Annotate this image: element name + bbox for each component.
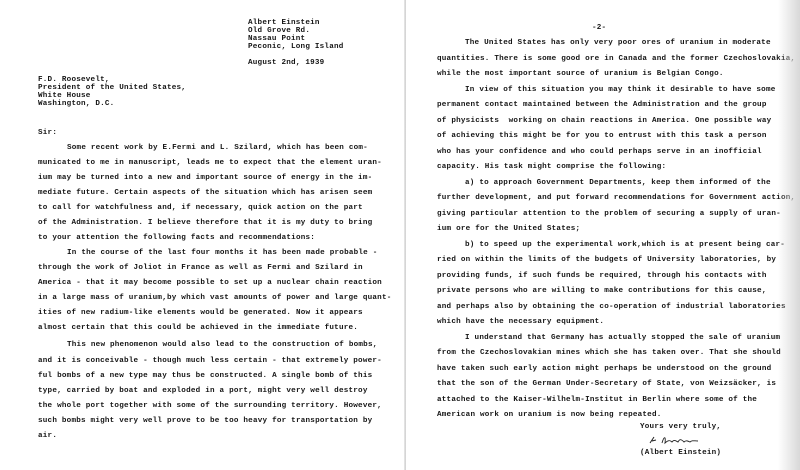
body-line: This new phenomenon would also lead to t… xyxy=(67,341,378,350)
body-line: to call for watchfulness and, if necessa… xyxy=(38,204,363,213)
body-line: to your attention the following facts an… xyxy=(38,234,315,243)
letter-page-1: Albert Einstein Old Grove Rd. Nassau Poi… xyxy=(0,0,404,470)
body-line: Some recent work by E.Fermi and L. Szila… xyxy=(67,144,368,153)
body-line: ful bombs of a new type may thus be cons… xyxy=(38,372,372,381)
salutation: Sir: xyxy=(38,129,57,138)
signature-name: (Albert Einstein) xyxy=(640,449,721,458)
page-number: -2- xyxy=(592,24,606,33)
body-line: and perhaps also by obtaining the co-ope… xyxy=(437,303,786,312)
body-line: ried on within the limits of the budgets… xyxy=(437,256,776,265)
body-line: mediate future. Certain aspects of the s… xyxy=(38,189,372,198)
sender-line: Peconic, Long Island xyxy=(248,44,344,52)
letter-page-2: -2- The United States has only very poor… xyxy=(406,0,800,470)
body-line: giving particular attention to the probl… xyxy=(437,210,781,219)
body-line: b) to speed up the experimental work,whi… xyxy=(465,241,785,250)
recipient-line: Washington, D.C. xyxy=(38,101,114,109)
body-line: private persons who are willing to make … xyxy=(437,287,767,296)
body-line: have taken such early action might perha… xyxy=(437,365,771,374)
body-line: I understand that Germany has actually s… xyxy=(465,334,780,343)
body-line: that the son of the German Under-Secreta… xyxy=(437,380,776,389)
page-edge-shadow xyxy=(778,0,800,470)
body-line: air. xyxy=(38,432,57,441)
handwritten-signature-icon xyxy=(648,434,700,446)
body-line: of the Administration. I believe therefo… xyxy=(38,219,372,228)
body-line: in a large mass of uranium,by which vast… xyxy=(38,294,392,303)
body-line: providing funds, if such funds be requir… xyxy=(437,272,767,281)
body-line: the whole port together with some of the… xyxy=(38,402,382,411)
body-line: ium may be turned into a new and importa… xyxy=(38,174,372,183)
body-line: who has your confidence and who could pe… xyxy=(437,148,762,157)
body-line: capacity. His task might comprise the fo… xyxy=(437,163,666,172)
body-line: through the work of Joliot in France as … xyxy=(38,264,363,273)
body-line: quantities. There is some good ore in Ca… xyxy=(437,55,795,64)
body-line: The United States has only very poor ore… xyxy=(465,39,771,48)
body-line: while the most important source of urani… xyxy=(437,70,724,79)
body-line: In view of this situation you may think … xyxy=(465,86,776,95)
letter-date: August 2nd, 1939 xyxy=(248,59,324,68)
body-line: of achieving this might be for you to en… xyxy=(437,132,767,141)
body-line: almost certain that this could be achiev… xyxy=(38,324,358,333)
body-line: from the Czechoslovakian mines which she… xyxy=(437,349,781,358)
body-line: of physicists working on chain reactions… xyxy=(437,117,771,126)
body-line: such bombs might very well prove to be t… xyxy=(38,417,372,426)
closing: Yours very truly, xyxy=(640,423,721,432)
body-line: ium ore for the United States; xyxy=(437,225,580,234)
body-line: attached to the Kaiser-Wilhelm-Institut … xyxy=(437,396,757,405)
body-line: permanent contact maintained between the… xyxy=(437,101,767,110)
body-line: American work on uranium is now being re… xyxy=(437,411,662,420)
body-line: In the course of the last four months it… xyxy=(67,249,378,258)
body-line: America - that it may become possible to… xyxy=(38,279,382,288)
body-line: type, carried by boat and exploded in a … xyxy=(38,387,368,396)
body-line: ities of new radium-like elements would … xyxy=(38,309,363,318)
body-line: further development, and put forward rec… xyxy=(437,194,795,203)
body-line: which have the necessary equipment. xyxy=(437,318,604,327)
body-line: municated to me in manuscript, leads me … xyxy=(38,159,382,168)
body-line: a) to approach Government Departments, k… xyxy=(465,179,771,188)
body-line: and it is conceivable - though much less… xyxy=(38,357,382,366)
